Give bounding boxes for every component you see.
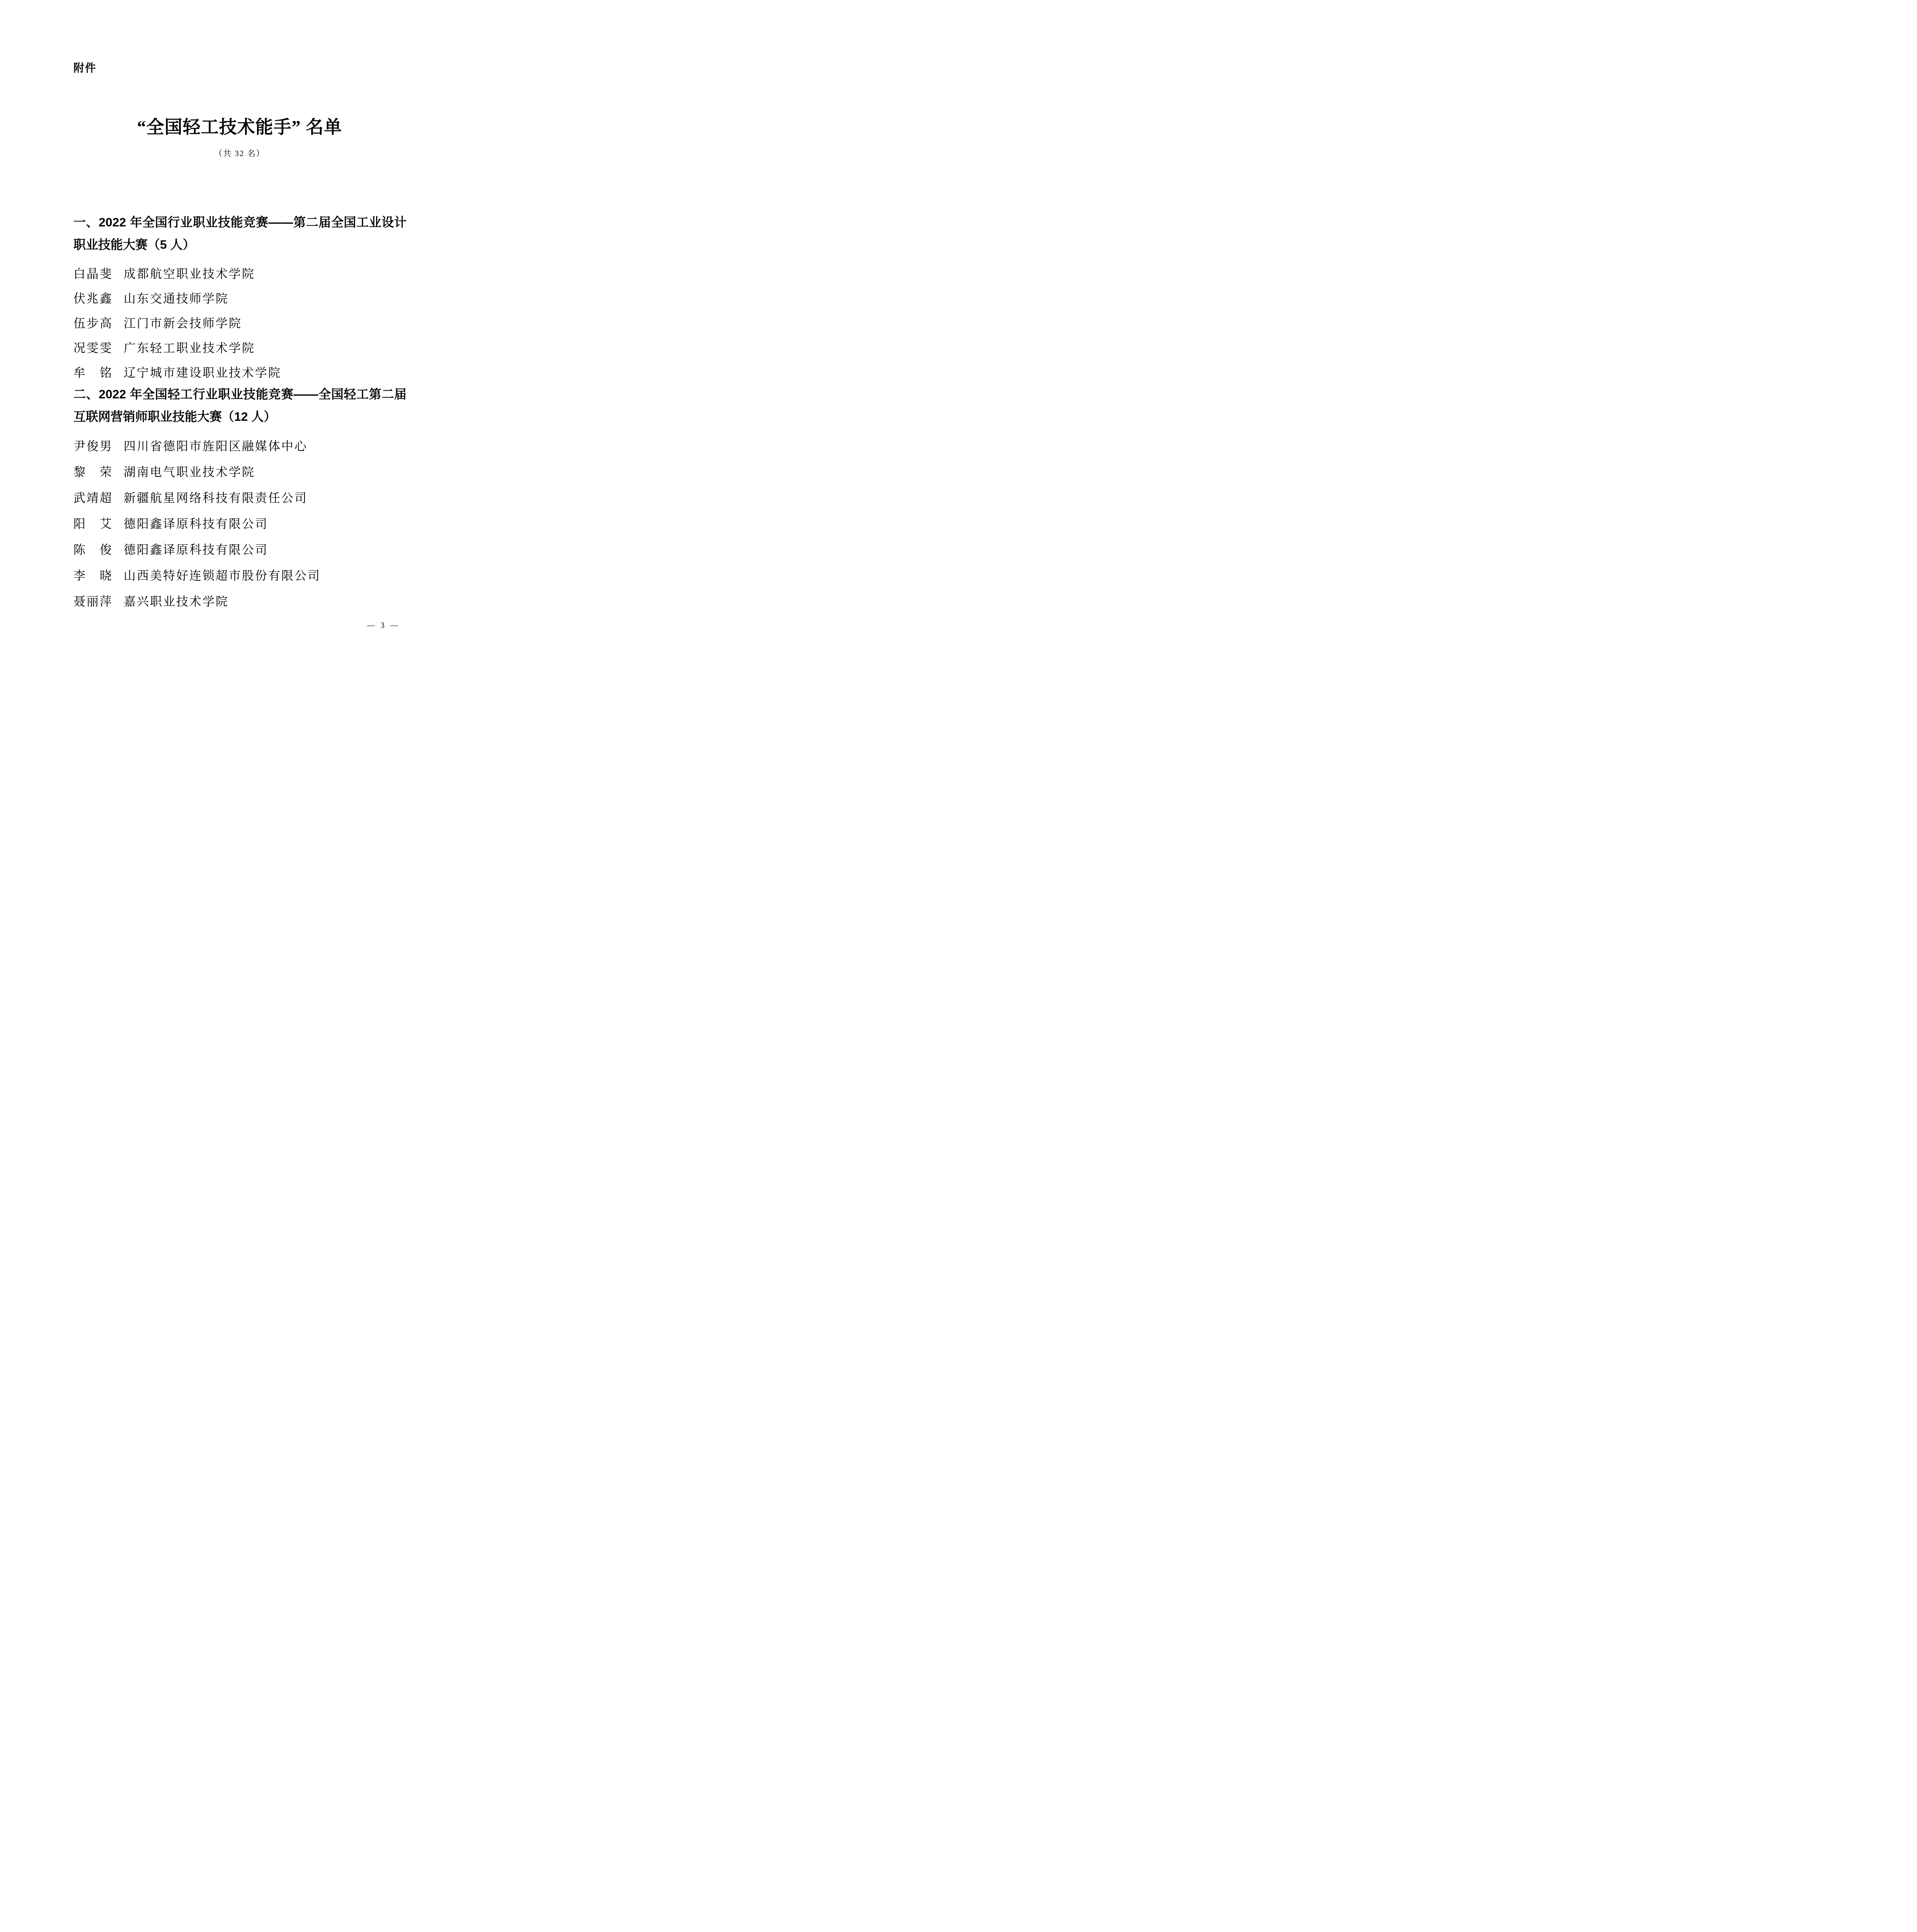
entry-organization: 德阳鑫译原科技有限公司 [124, 540, 268, 557]
section-2-entries: 尹俊男四川省德阳市旌阳区融媒体中心黎 荣湖南电气职业技术学院武靖超新疆航星网络科… [73, 432, 407, 613]
entry-row: 陈 俊德阳鑫译原科技有限公司 [73, 536, 407, 561]
section-1: 一、2022 年全国行业职业技能竞赛——第二届全国工业设计职业技能大赛（5 人）… [73, 211, 407, 384]
document-subtitle: （共 32 名） [0, 147, 479, 159]
entry-organization: 嘉兴职业技术学院 [124, 592, 229, 609]
entry-organization: 辽宁城市建设职业技术学院 [124, 363, 281, 380]
entry-name: 李 晓 [73, 566, 114, 583]
document-page: 附件 “全国轻工技术能手” 名单 （共 32 名） 一、2022 年全国行业职业… [0, 0, 479, 678]
entry-organization: 四川省德阳市旌阳区融媒体中心 [124, 436, 308, 454]
entry-name: 尹俊男 [73, 436, 114, 454]
entry-name: 阳 艾 [73, 514, 114, 531]
entry-organization: 湖南电气职业技术学院 [124, 462, 255, 480]
section-2-heading: 二、2022 年全国轻工行业职业技能竞赛——全国轻工第二届互联网营销师职业技能大… [73, 383, 407, 428]
entry-row: 李 晓山西美特好连锁超市股份有限公司 [73, 561, 407, 587]
entry-name: 白晶斐 [73, 264, 114, 281]
attachment-label: 附件 [73, 63, 97, 75]
entry-row: 牟 铭辽宁城市建设职业技术学院 [73, 359, 407, 384]
entry-organization: 新疆航星网络科技有限责任公司 [124, 488, 308, 505]
page-number: — 3 — [367, 621, 400, 630]
section-1-entries: 白晶斐成都航空职业技术学院伏兆鑫山东交通技师学院伍步高江门市新会技师学院况雯雯广… [73, 260, 407, 384]
entry-row: 阳 艾德阳鑫译原科技有限公司 [73, 510, 407, 536]
entry-row: 伍步高江门市新会技师学院 [73, 310, 407, 334]
entry-row: 黎 荣湖南电气职业技术学院 [73, 458, 407, 484]
entry-row: 尹俊男四川省德阳市旌阳区融媒体中心 [73, 432, 407, 458]
entry-organization: 山东交通技师学院 [124, 289, 229, 306]
entry-row: 白晶斐成都航空职业技术学院 [73, 260, 407, 285]
entry-name: 黎 荣 [73, 462, 114, 480]
entry-name: 伍步高 [73, 313, 114, 331]
section-2: 二、2022 年全国轻工行业职业技能竞赛——全国轻工第二届互联网营销师职业技能大… [73, 383, 407, 613]
entry-name: 聂丽萍 [73, 592, 114, 609]
entry-organization: 山西美特好连锁超市股份有限公司 [124, 566, 321, 583]
entry-organization: 成都航空职业技术学院 [124, 264, 255, 281]
entry-name: 武靖超 [73, 488, 114, 505]
entry-name: 陈 俊 [73, 540, 114, 557]
entry-name: 况雯雯 [73, 338, 114, 355]
entry-name: 牟 铭 [73, 363, 114, 380]
entry-row: 伏兆鑫山东交通技师学院 [73, 285, 407, 310]
entry-row: 武靖超新疆航星网络科技有限责任公司 [73, 484, 407, 510]
entry-name: 伏兆鑫 [73, 289, 114, 306]
entry-row: 况雯雯广东轻工职业技术学院 [73, 334, 407, 359]
document-title: “全国轻工技术能手” 名单 [0, 117, 479, 138]
entry-row: 聂丽萍嘉兴职业技术学院 [73, 587, 407, 613]
section-1-heading: 一、2022 年全国行业职业技能竞赛——第二届全国工业设计职业技能大赛（5 人） [73, 211, 407, 256]
entry-organization: 德阳鑫译原科技有限公司 [124, 514, 268, 531]
entry-organization: 广东轻工职业技术学院 [124, 338, 255, 355]
entry-organization: 江门市新会技师学院 [124, 313, 242, 331]
